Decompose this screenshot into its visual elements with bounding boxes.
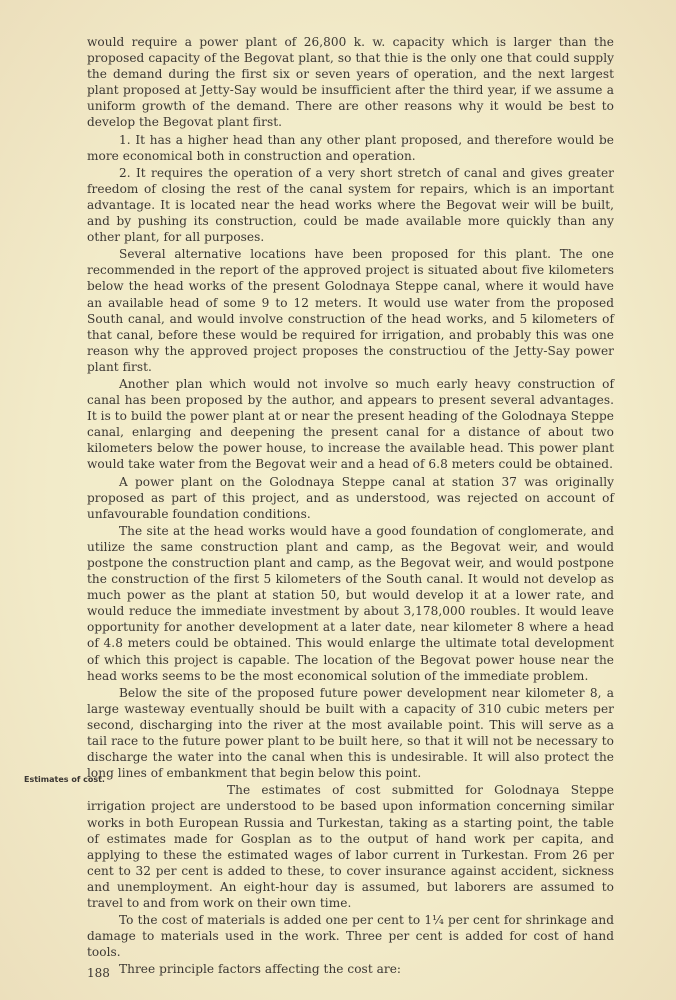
paragraph-continuation: would require a power plant of 26,800 k.… bbox=[87, 34, 614, 131]
paragraph-principle-factors: Three principle factors affecting the co… bbox=[87, 961, 614, 977]
body-text: would require a power plant of 26,800 k.… bbox=[87, 34, 614, 978]
paragraph-reason-2: 2. It requires the operation of a very s… bbox=[87, 165, 614, 245]
paragraph-reason-1: 1. It has a higher head than any other p… bbox=[87, 132, 614, 164]
paragraph-materials-cost: To the cost of materials is added one pe… bbox=[87, 912, 614, 960]
margin-note: Estimates of cost. bbox=[24, 775, 105, 784]
page-number: 188 bbox=[87, 966, 110, 980]
paragraph-wasteway: Below the site of the proposed future po… bbox=[87, 685, 614, 782]
paragraph-alternative-locations: Several alternative locations have been … bbox=[87, 246, 614, 375]
estimates-section: The estimates of cost submitted for Golo… bbox=[87, 782, 614, 911]
paragraph-head-works-site: The site at the head works would have a … bbox=[87, 523, 614, 684]
paragraph-estimates-of-cost: The estimates of cost submitted for Golo… bbox=[87, 782, 614, 911]
document-page: would require a power plant of 26,800 k.… bbox=[0, 0, 676, 1000]
paragraph-another-plan: Another plan which would not involve so … bbox=[87, 376, 614, 473]
paragraph-station-37: A power plant on the Golodnaya Steppe ca… bbox=[87, 474, 614, 522]
